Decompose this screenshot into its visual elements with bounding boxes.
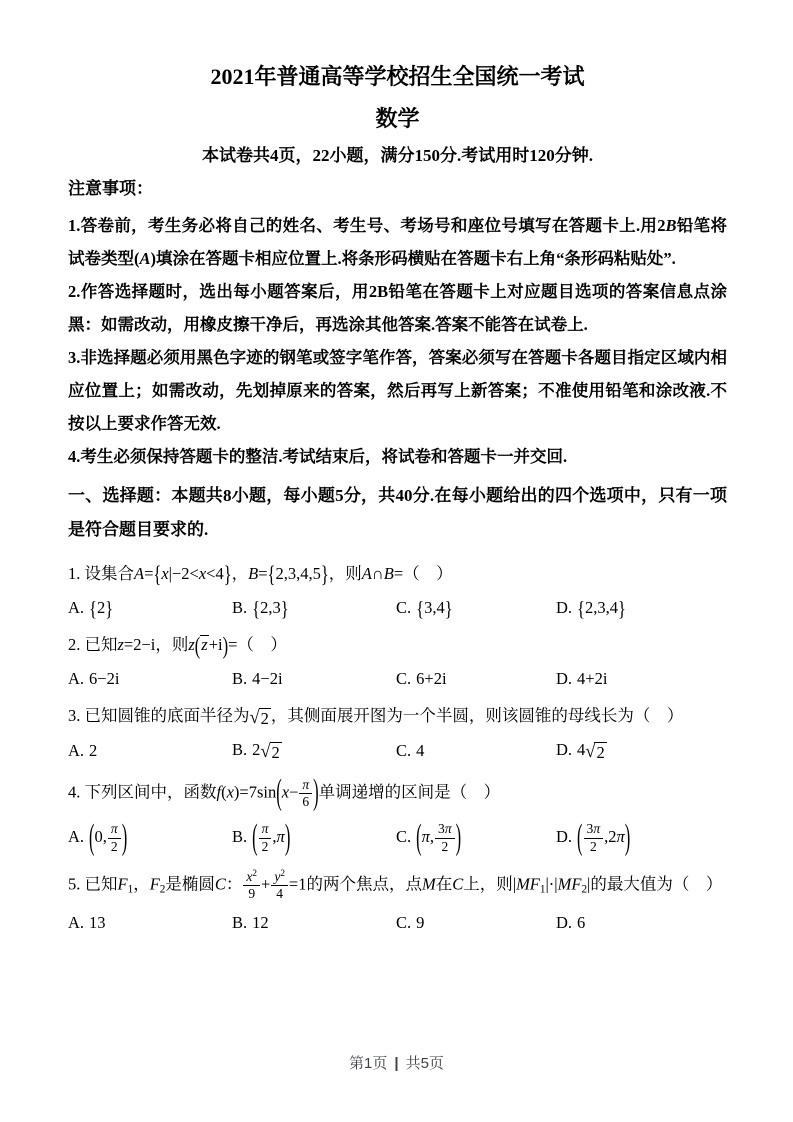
question-5-option-b: B.12 <box>232 913 396 933</box>
question-3-option-c: C.4 <box>396 741 556 761</box>
page-subtitle: 数学 <box>68 104 727 134</box>
option-value: (π,3π2) <box>416 827 461 846</box>
notice-item-4: 4.考生必须保持答题卡的整洁.考试结束后，将试卷和答题卡一并交回. <box>68 440 727 473</box>
footer-page-total: 共5页 <box>406 1055 444 1072</box>
option-value: 6+2i <box>416 669 446 688</box>
question-4-option-a: A.(0,π2) <box>68 821 232 854</box>
option-value: 13 <box>89 913 106 932</box>
option-value: 4−2i <box>252 669 282 688</box>
option-value: 9 <box>416 913 424 932</box>
question-3-option-d: D.4√2 <box>556 740 727 763</box>
question-1-option-a: A.{2} <box>68 598 232 618</box>
question-3-options: A.2 B.2√2 C.4 D.4√2 <box>68 740 727 763</box>
exam-page: 2021年普通高等学校招生全国统一考试 数学 本试卷共4页，22小题，满分150… <box>0 0 793 1122</box>
option-value: 4+2i <box>577 669 607 688</box>
option-value: 2 <box>89 741 97 760</box>
question-2: 2. 已知z=2−i，则z(z+i)=（ ） A.6−2i B.4−2i C.6… <box>68 632 727 689</box>
option-label: A. <box>68 913 84 932</box>
question-5-stem: 5. 已知F1，F2是椭圆C：x29+y24=1的两个焦点，点M在C上，则|MF… <box>68 869 727 903</box>
option-value: {3,4} <box>416 598 452 617</box>
question-1-option-c: C.{3,4} <box>396 598 556 618</box>
option-value: {2,3,4} <box>577 598 626 617</box>
question-2-options: A.6−2i B.4−2i C.6+2i D.4+2i <box>68 669 727 689</box>
question-5-option-d: D.6 <box>556 913 727 933</box>
question-2-option-d: D.4+2i <box>556 669 727 689</box>
question-2-option-a: A.6−2i <box>68 669 232 689</box>
question-2-option-b: B.4−2i <box>232 669 396 689</box>
option-label: D. <box>556 827 572 846</box>
option-label: A. <box>68 741 84 760</box>
question-1-options: A.{2} B.{2,3} C.{3,4} D.{2,3,4} <box>68 598 727 618</box>
question-1: 1. 设集合A={x|−2<x<4}，B={2,3,4,5}，则A∩B=（ ） … <box>68 561 727 618</box>
question-4-option-b: B.(π2,π) <box>232 821 396 854</box>
option-label: D. <box>556 913 572 932</box>
option-label: B. <box>232 598 247 617</box>
option-label: C. <box>396 598 411 617</box>
question-1-stem: 1. 设集合A={x|−2<x<4}，B={2,3,4,5}，则A∩B=（ ） <box>68 561 727 587</box>
option-value: {2,3} <box>252 598 288 617</box>
option-label: B. <box>232 827 247 846</box>
option-label: A. <box>68 827 84 846</box>
footer-page-number: 第1页 <box>349 1055 387 1072</box>
question-4-option-d: D.(3π2,2π) <box>556 821 727 854</box>
option-label: B. <box>232 913 247 932</box>
notice-item-1: 1.答卷前，考生务必将自己的姓名、考生号、考场号和座位号填写在答题卡上.用2B铅… <box>68 209 727 275</box>
question-3: 3. 已知圆锥的底面半径为√2，其侧面展开图为一个半圆，则该圆锥的母线长为（ ）… <box>68 703 727 763</box>
footer-separator: | <box>394 1055 398 1072</box>
option-label: B. <box>232 669 247 688</box>
option-value: 2√2 <box>252 740 282 759</box>
exam-info-line: 本试卷共4页，22小题，满分150分.考试用时120分钟. <box>68 144 727 168</box>
option-value: 4√2 <box>577 740 607 759</box>
option-label: B. <box>232 740 247 759</box>
option-value: 6 <box>577 913 585 932</box>
option-label: D. <box>556 669 572 688</box>
option-value: 6−2i <box>89 669 119 688</box>
option-label: C. <box>396 669 411 688</box>
question-2-option-c: C.6+2i <box>396 669 556 689</box>
question-2-stem: 2. 已知z=2−i，则z(z+i)=（ ） <box>68 632 727 658</box>
option-value: 12 <box>252 913 269 932</box>
question-4-stem: 4. 下列区间中，函数f(x)=7sin(x−π6)单调递增的区间是（ ） <box>68 777 727 810</box>
option-label: C. <box>396 913 411 932</box>
question-5-option-c: C.9 <box>396 913 556 933</box>
question-1-option-b: B.{2,3} <box>232 598 396 618</box>
option-value: (3π2,2π) <box>577 827 630 846</box>
question-1-option-d: D.{2,3,4} <box>556 598 727 618</box>
notice-item-2: 2.作答选择题时，选出每小题答案后，用2B铅笔在答题卡上对应题目选项的答案信息点… <box>68 275 727 341</box>
question-3-stem: 3. 已知圆锥的底面半径为√2，其侧面展开图为一个半圆，则该圆锥的母线长为（ ） <box>68 703 727 729</box>
section-heading: 一、选择题：本题共8小题，每小题5分，共40分.在每小题给出的四个选项中，只有一… <box>68 479 727 547</box>
question-4-option-c: C.(π,3π2) <box>396 821 556 854</box>
question-3-option-a: A.2 <box>68 741 232 761</box>
option-label: A. <box>68 598 84 617</box>
question-3-option-b: B.2√2 <box>232 740 396 763</box>
question-5-options: A.13 B.12 C.9 D.6 <box>68 913 727 933</box>
page-footer: 第1页|共5页 <box>0 1052 793 1073</box>
question-5-option-a: A.13 <box>68 913 232 933</box>
option-value: (π2,π) <box>252 827 290 846</box>
question-5: 5. 已知F1，F2是椭圆C：x29+y24=1的两个焦点，点M在C上，则|MF… <box>68 869 727 934</box>
option-value: {2} <box>89 598 113 617</box>
option-label: D. <box>556 740 572 759</box>
option-label: D. <box>556 598 572 617</box>
question-4: 4. 下列区间中，函数f(x)=7sin(x−π6)单调递增的区间是（ ） A.… <box>68 777 727 855</box>
option-label: C. <box>396 827 411 846</box>
option-label: A. <box>68 669 84 688</box>
question-4-options: A.(0,π2) B.(π2,π) C.(π,3π2) D.(3π2,2π) <box>68 821 727 854</box>
notice-heading: 注意事项： <box>68 177 727 201</box>
notice-item-3: 3.非选择题必须用黑色字迹的钢笔或签字笔作答，答案必须写在答题卡各题目指定区域内… <box>68 341 727 440</box>
page-title: 2021年普通高等学校招生全国统一考试 <box>68 62 727 92</box>
option-value: (0,π2) <box>89 827 127 846</box>
option-value: 4 <box>416 741 424 760</box>
option-label: C. <box>396 741 411 760</box>
